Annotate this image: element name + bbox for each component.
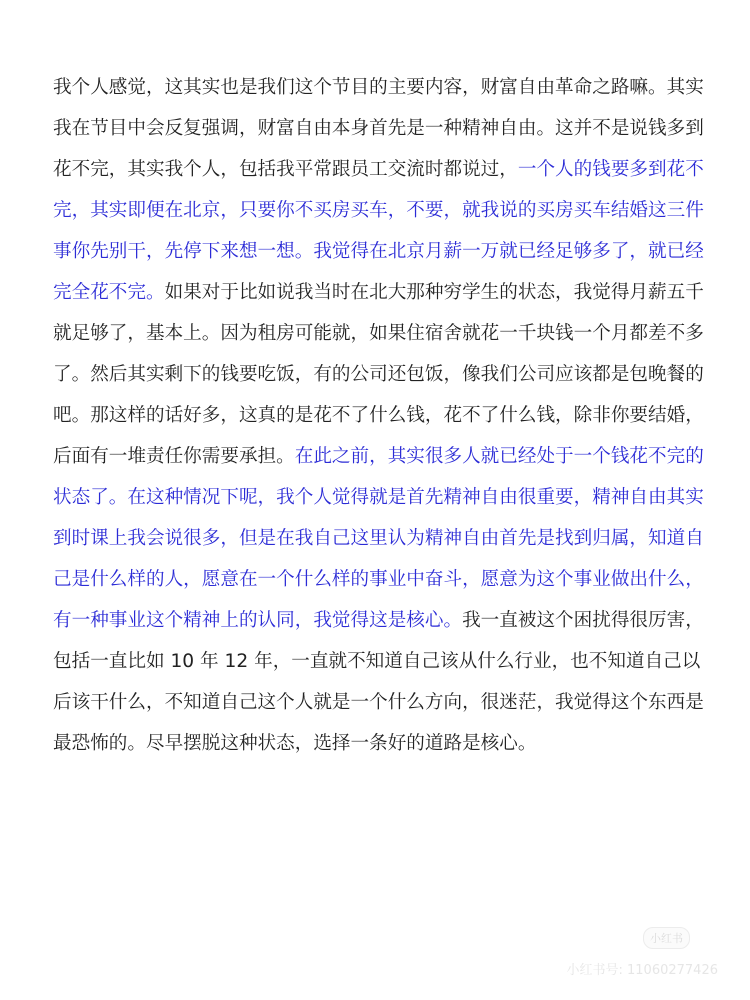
highlighted-text: 完全花不完。 <box>53 282 165 303</box>
text-line: 吧。那这样的话好多，这真的是花不了什么钱，花不了什么钱，除非你要结婚， <box>53 398 705 439</box>
body-text: 我个人感觉，这其实也是我们这个节目的主要内容，财富自由革命之路嘛。其实 <box>53 77 704 98</box>
body-text: 就足够了，基本上。因为租房可能就，如果住宿舍就花一千块钱一个月都差不多 <box>53 323 704 344</box>
highlighted-text: 完，其实即便在北京，只要你不买房买车，不要，就我说的买房买车结婚这三件 <box>53 200 704 221</box>
text-line: 完，其实即便在北京，只要你不买房买车，不要，就我说的买房买车结婚这三件 <box>53 193 705 234</box>
text-line: 我在节目中会反复强调，财富自由本身首先是一种精神自由。这并不是说钱多到 <box>53 111 705 152</box>
text-line: 有一种事业这个精神上的认同，我觉得这是核心。我一直被这个困扰得很厉害， <box>53 603 705 644</box>
text-line: 后该干什么，不知道自己这个人就是一个什么方向，很迷茫，我觉得这个东西是 <box>53 685 705 726</box>
text-line: 完全花不完。如果对于比如说我当时在北大那种穷学生的状态，我觉得月薪五千 <box>53 275 705 316</box>
watermark-account-id: 小红书号: 11060277426 <box>567 959 719 978</box>
text-line: 我个人感觉，这其实也是我们这个节目的主要内容，财富自由革命之路嘛。其实 <box>53 70 705 111</box>
highlighted-text: 有一种事业这个精神上的认同，我觉得这是核心。 <box>53 610 462 631</box>
body-text: 我一直被这个困扰得很厉害， <box>462 610 704 631</box>
body-text: 包括一直比如 10 年 12 年，一直就不知道自己该从什么行业，也不知道自己以 <box>53 651 700 672</box>
text-line: 包括一直比如 10 年 12 年，一直就不知道自己该从什么行业，也不知道自己以 <box>53 644 705 685</box>
text-line: 己是什么样的人，愿意在一个什么样的事业中奋斗，愿意为这个事业做出什么， <box>53 562 705 603</box>
text-line: 到时课上我会说很多，但是在我自己这里认为精神自由首先是找到归属，知道自 <box>53 521 705 562</box>
article-body: 我个人感觉，这其实也是我们这个节目的主要内容，财富自由革命之路嘛。其实我在节目中… <box>53 70 705 767</box>
highlighted-text: 事你先别干，先停下来想一想。我觉得在北京月薪一万就已经足够多了，就已经 <box>53 241 704 262</box>
highlighted-text: 到时课上我会说很多，但是在我自己这里认为精神自由首先是找到归属，知道自 <box>53 528 704 549</box>
text-line: 状态了。在这种情况下呢，我个人觉得就是首先精神自由很重要，精神自由其实 <box>53 480 705 521</box>
text-line: 事你先别干，先停下来想一想。我觉得在北京月薪一万就已经足够多了，就已经 <box>53 234 705 275</box>
body-text: 花不完，其实我个人，包括我平常跟员工交流时都说过， <box>53 159 518 180</box>
watermark: 小红书 小红书号: 11060277426 <box>567 927 719 978</box>
body-text: 后该干什么，不知道自己这个人就是一个什么方向，很迷茫，我觉得这个东西是 <box>53 692 704 713</box>
body-text: 吧。那这样的话好多，这真的是花不了什么钱，花不了什么钱，除非你要结婚， <box>53 405 704 426</box>
text-line: 后面有一堆责任你需要承担。在此之前，其实很多人就已经处于一个钱花不完的 <box>53 439 705 480</box>
body-text: 最恐怖的。尽早摆脱这种状态，选择一条好的道路是核心。 <box>53 733 536 754</box>
highlighted-text: 状态了。在这种情况下呢，我个人觉得就是首先精神自由很重要，精神自由其实 <box>53 487 704 508</box>
body-text: 我在节目中会反复强调，财富自由本身首先是一种精神自由。这并不是说钱多到 <box>53 118 704 139</box>
text-line: 了。然后其实剩下的钱要吃饭，有的公司还包饭，像我们公司应该都是包晚餐的 <box>53 357 705 398</box>
highlighted-text: 在此之前，其实很多人就已经处于一个钱花不完的 <box>295 446 704 467</box>
highlighted-text: 己是什么样的人，愿意在一个什么样的事业中奋斗，愿意为这个事业做出什么， <box>53 569 704 590</box>
body-text: 了。然后其实剩下的钱要吃饭，有的公司还包饭，像我们公司应该都是包晚餐的 <box>53 364 704 385</box>
body-text: 后面有一堆责任你需要承担。 <box>53 446 295 467</box>
text-line: 花不完，其实我个人，包括我平常跟员工交流时都说过，一个人的钱要多到花不 <box>53 152 705 193</box>
highlighted-text: 一个人的钱要多到花不 <box>518 159 704 180</box>
text-line: 最恐怖的。尽早摆脱这种状态，选择一条好的道路是核心。 <box>53 726 705 767</box>
text-line: 就足够了，基本上。因为租房可能就，如果住宿舍就花一千块钱一个月都差不多 <box>53 316 705 357</box>
body-text: 如果对于比如说我当时在北大那种穷学生的状态，我觉得月薪五千 <box>165 282 704 303</box>
xiaohongshu-logo-icon: 小红书 <box>643 927 690 949</box>
